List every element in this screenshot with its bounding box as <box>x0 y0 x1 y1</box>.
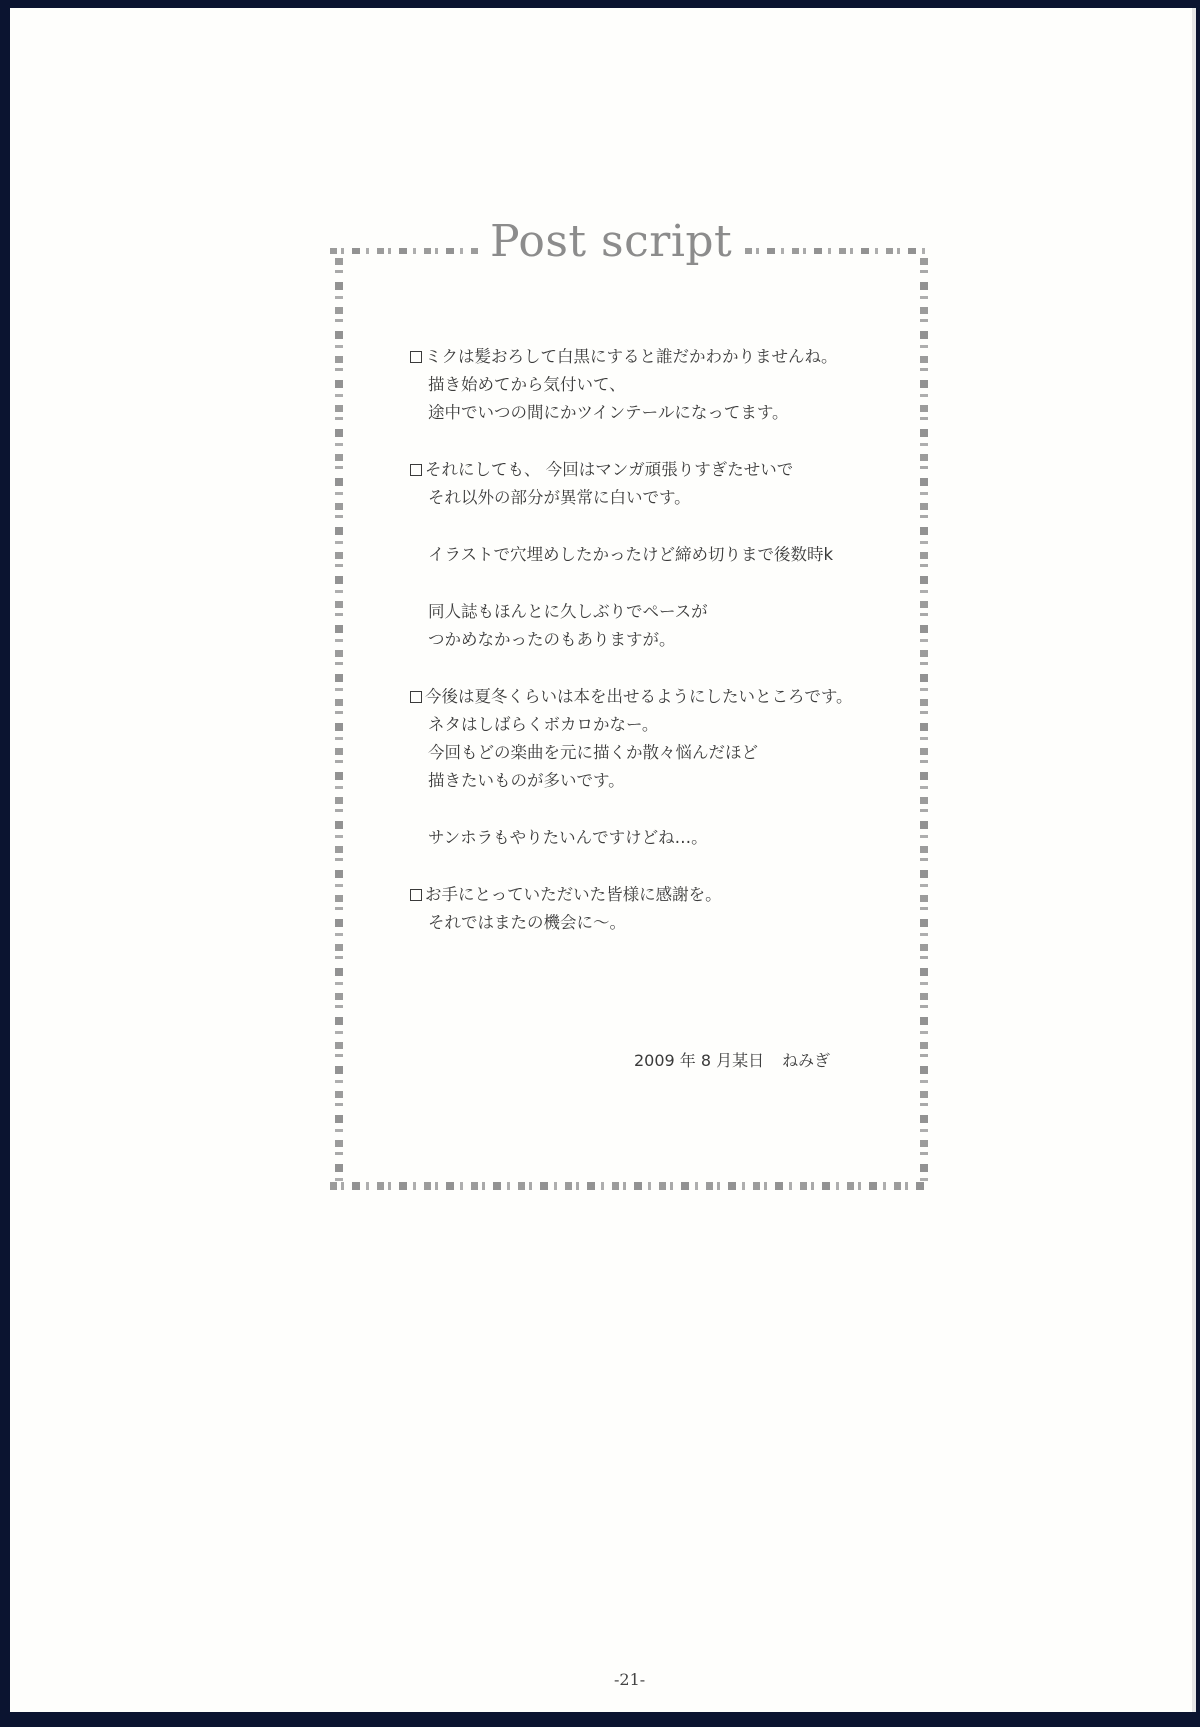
text-line: お手にとっていただいた皆様に感謝を。 <box>410 881 910 909</box>
checkbox-bullet-icon <box>410 464 422 476</box>
signature-author: ねみぎ <box>782 1051 830 1070</box>
text-line: イラストで穴埋めしたかったけど締め切りまで後数時k <box>410 541 910 569</box>
paragraph-3: イラストで穴埋めしたかったけど締め切りまで後数時k <box>410 541 910 569</box>
text-line: つかめなかったのもありますが。 <box>410 626 910 654</box>
line-text: ミクは髪おろして白黒にすると誰だかわかりませんね。 <box>425 347 838 366</box>
text-line: 今後は夏冬くらいは本を出せるようにしたいところです。 <box>410 683 910 711</box>
page-title: Post script <box>490 216 732 267</box>
signature-line: 2009 年 8 月某日ねみぎ <box>634 1048 830 1071</box>
text-line: 同人誌もほんとに久しぶりでペースが <box>410 598 910 626</box>
text-line: それにしても、 今回はマンガ頑張りすぎたせいで <box>410 456 910 484</box>
text-line: ネタはしばらくボカロかなー。 <box>410 711 910 739</box>
line-text: 今後は夏冬くらいは本を出せるようにしたいところです。 <box>425 687 853 706</box>
text-line: 描き始めてから気付いて、 <box>410 371 910 399</box>
signature-date: 2009 年 8 月某日 <box>634 1051 764 1070</box>
text-line: 今回もどの楽曲を元に描くか散々悩んだほど <box>410 739 910 767</box>
paragraph-4: 同人誌もほんとに久しぶりでペースが つかめなかったのもありますが。 <box>410 598 910 654</box>
paragraph-6: サンホラもやりたいんですけどね…。 <box>410 824 910 852</box>
text-line: それではまたの機会に～。 <box>410 909 910 937</box>
paragraph-2: それにしても、 今回はマンガ頑張りすぎたせいで それ以外の部分が異常に白いです。 <box>410 456 910 512</box>
text-line: ミクは髪おろして白黒にすると誰だかわかりませんね。 <box>410 343 910 371</box>
checkbox-bullet-icon <box>410 691 422 703</box>
afterword-body: ミクは髪おろして白黒にすると誰だかわかりませんね。 描き始めてから気付いて、 途… <box>410 343 910 966</box>
frame-left-edge <box>335 258 343 1183</box>
frame-top-right-edge <box>745 248 930 254</box>
text-line: それ以外の部分が異常に白いです。 <box>410 484 910 512</box>
paragraph-5: 今後は夏冬くらいは本を出せるようにしたいところです。 ネタはしばらくボカロかなー… <box>410 683 910 795</box>
text-line: 途中でいつの間にかツインテールになってます。 <box>410 399 910 427</box>
scanned-page: Post script ミクは髪おろして白黒にすると誰だかわかりませんね。 描き… <box>10 8 1196 1712</box>
page-number: -21- <box>614 1670 645 1689</box>
frame-bottom-edge <box>330 1182 930 1190</box>
checkbox-bullet-icon <box>410 351 422 363</box>
text-line: 描きたいものが多いです。 <box>410 767 910 795</box>
text-line: サンホラもやりたいんですけどね…。 <box>410 824 910 852</box>
frame-top-left-edge <box>330 248 480 254</box>
checkbox-bullet-icon <box>410 889 422 901</box>
frame-right-edge <box>920 258 928 1183</box>
paragraph-1: ミクは髪おろして白黒にすると誰だかわかりませんね。 描き始めてから気付いて、 途… <box>410 343 910 427</box>
line-text: お手にとっていただいた皆様に感謝を。 <box>425 885 722 904</box>
line-text: それにしても、 今回はマンガ頑張りすぎたせいで <box>425 460 793 479</box>
paragraph-7: お手にとっていただいた皆様に感謝を。 それではまたの機会に～。 <box>410 881 910 937</box>
